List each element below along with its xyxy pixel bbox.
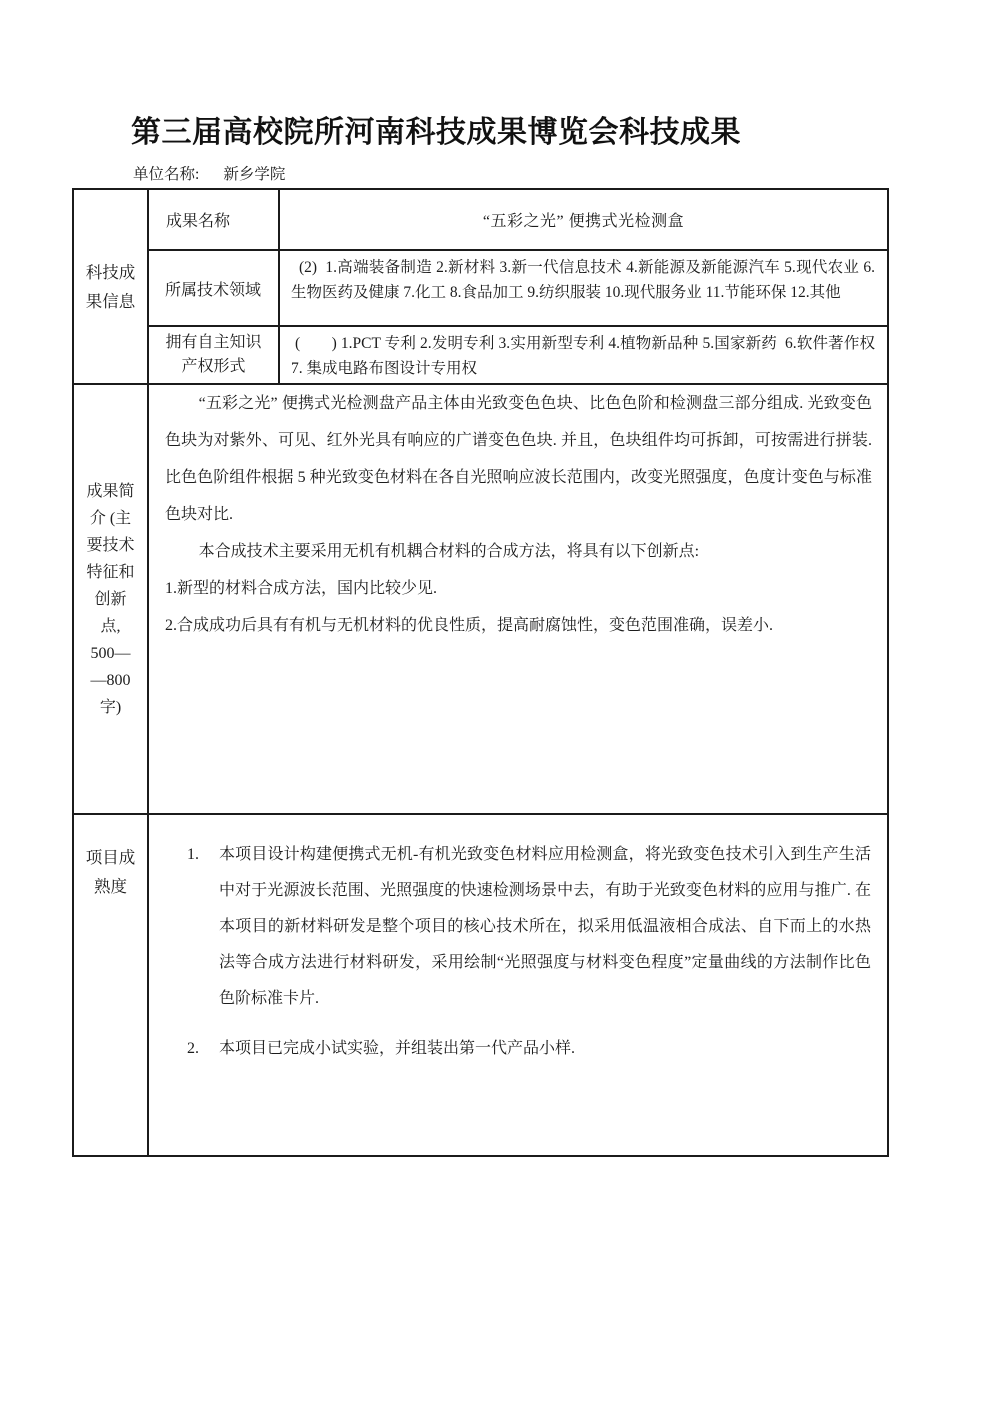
summary-paragraph: 本合成技术主要采用无机有机耦合材料的合成方法，将具有以下创新点:: [165, 533, 872, 570]
unit-name-value: 新乡学院: [223, 166, 285, 183]
summary-innovation-point: 2.合成成功后具有有机与无机材料的优良性质，提高耐腐蚀性，变色范围准确，误差小.: [165, 607, 872, 644]
list-item-number: 2.: [187, 1031, 219, 1067]
achievement-table: 科技成 果信息 成果名称 “五彩之光” 便携式光检测盒 所属技术领域 (2) 1…: [72, 188, 889, 1157]
maturity-section-header: 项目成 熟度: [74, 815, 149, 1155]
list-item-text: 本项目已完成小试实验，并组装出第一代产品小样.: [219, 1031, 871, 1067]
document-page: 第三届高校院所河南科技成果博览会科技成果 单位名称:新乡学院 科技成 果信息 成…: [0, 0, 1000, 1414]
summary-section-header: 成果简 介 (主 要技术 特征和 创新 点, 500— —800 字): [74, 385, 149, 815]
achievement-name-value: “五彩之光” 便携式光检测盒: [280, 190, 887, 251]
list-item-number: 1.: [187, 837, 219, 1017]
summary-innovation-point: 1.新型的材料合成方法，国内比较少见.: [165, 570, 872, 607]
info-section-header: 科技成 果信息: [74, 190, 149, 385]
summary-paragraph: “五彩之光” 便携式光检测盘产品主体由光致变色色块、比色色阶和检测盘三部分组成.…: [165, 385, 872, 533]
list-item-text: 本项目设计构建便携式无机-有机光致变色材料应用检测盒，将光致变色技术引入到生产生…: [219, 837, 871, 1017]
ip-form-label: 拥有自主知识 产权形式: [149, 327, 280, 385]
unit-name-line: 单位名称:新乡学院: [133, 164, 285, 186]
page-title: 第三届高校院所河南科技成果博览会科技成果: [131, 112, 741, 154]
list-item: 1. 本项目设计构建便携式无机-有机光致变色材料应用检测盒，将光致变色技术引入到…: [149, 837, 871, 1017]
list-item: 2. 本项目已完成小试实验，并组装出第一代产品小样.: [149, 1031, 871, 1067]
summary-content: “五彩之光” 便携式光检测盘产品主体由光致变色色块、比色色阶和检测盘三部分组成.…: [149, 385, 887, 815]
tech-field-value: (2) 1.高端装备制造 2.新材料 3.新一代信息技术 4.新能源及新能源汽车…: [280, 251, 887, 327]
maturity-content: 1. 本项目设计构建便携式无机-有机光致变色材料应用检测盒，将光致变色技术引入到…: [149, 815, 887, 1155]
achievement-name-label: 成果名称: [149, 190, 280, 251]
tech-field-label: 所属技术领域: [149, 251, 280, 327]
unit-name-label: 单位名称:: [133, 166, 199, 183]
ip-form-value: ( ) 1.PCT 专利 2.发明专利 3.实用新型专利 4.植物新品种 5.国…: [280, 327, 887, 385]
